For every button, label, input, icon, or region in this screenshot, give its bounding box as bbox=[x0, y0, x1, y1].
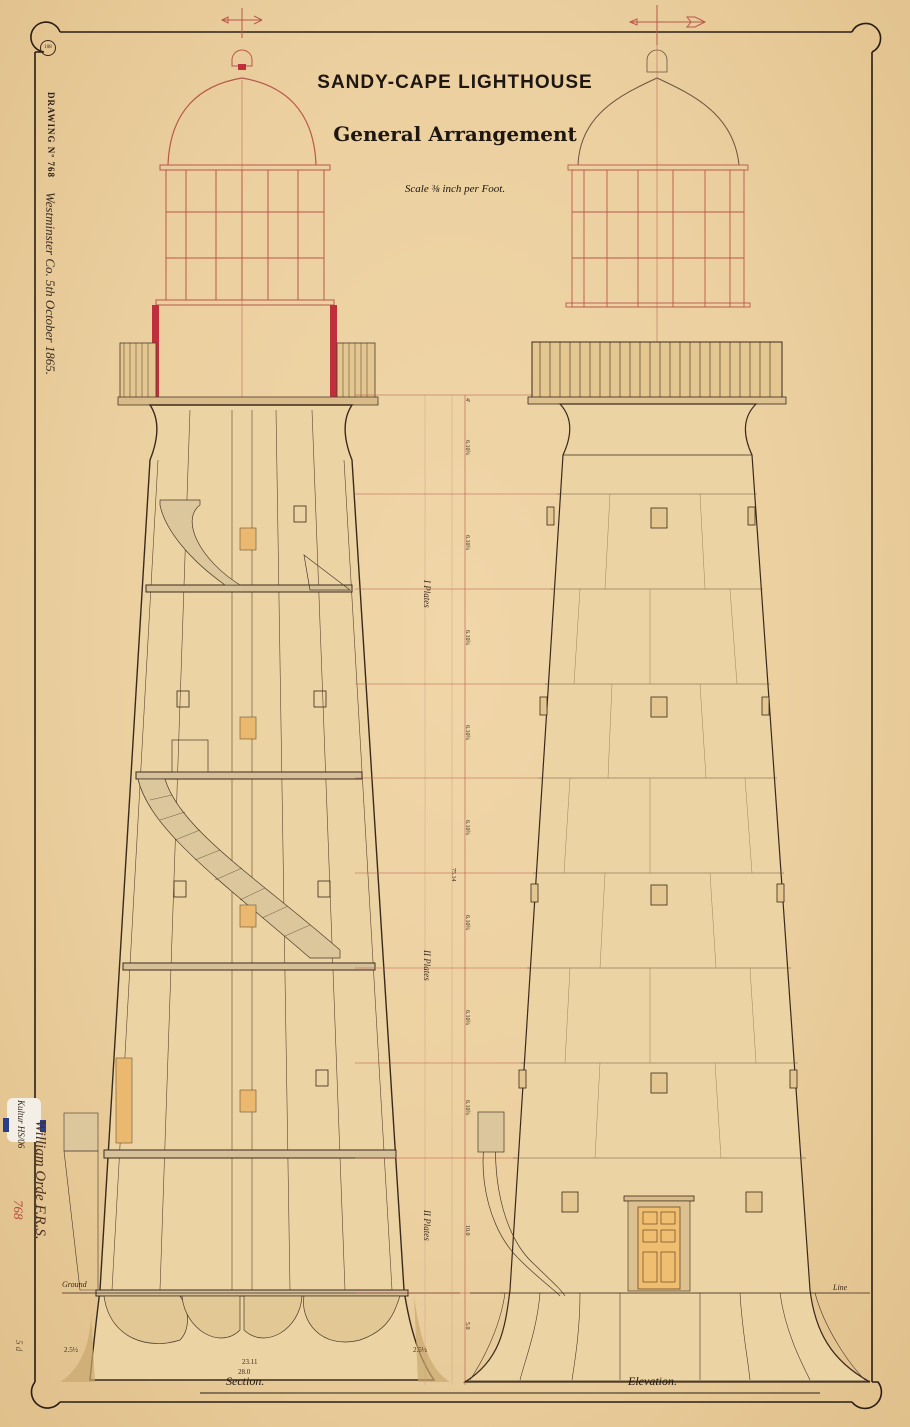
signed-date: Westminster Co. 5th October 1865. bbox=[42, 192, 58, 375]
ground-label: Ground bbox=[62, 1280, 87, 1289]
dimension-value: 6.10¾ bbox=[464, 535, 470, 550]
drawing-scale: Scale ⅜ inch per Foot. bbox=[0, 183, 910, 195]
plates-label: I Plates bbox=[422, 580, 432, 608]
drawing-sheet: 108 SANDY-CAPE LIGHTHOUSE General Arrang… bbox=[0, 0, 910, 1427]
line-label: Line bbox=[833, 1283, 847, 1292]
dimension-value: 10.0 bbox=[464, 1225, 470, 1236]
drawing-number: DRAWING Nº 768 bbox=[46, 92, 56, 178]
base-width: 23.11 bbox=[242, 1358, 258, 1366]
dimension-value: 4' bbox=[464, 398, 470, 402]
door-icon bbox=[624, 1196, 694, 1291]
dimension-value: 6.10¾ bbox=[464, 820, 470, 835]
section-caption: Section. bbox=[226, 1374, 264, 1389]
red-reference-number: 768 bbox=[10, 1200, 26, 1220]
dimension-value: 6.10¾ bbox=[464, 440, 470, 455]
section-view bbox=[60, 8, 460, 1385]
base-offset-right: 2.5½ bbox=[413, 1346, 427, 1354]
sticker-tab bbox=[3, 1118, 9, 1132]
base-offset-left: 2.5½ bbox=[64, 1346, 78, 1354]
drawing-title: SANDY-CAPE LIGHTHOUSE bbox=[0, 72, 910, 94]
elevation-caption: Elevation. bbox=[628, 1374, 677, 1389]
overall-height: 75.14 bbox=[450, 868, 456, 882]
plates-label: II Plates bbox=[422, 950, 432, 981]
lighthouse-drawing bbox=[0, 0, 910, 1427]
dimension-value: 6.10¾ bbox=[464, 915, 470, 930]
dimension-value: 6.10¾ bbox=[464, 725, 470, 740]
dimension-value: 6.10¾ bbox=[464, 630, 470, 645]
sheet-number-badge: 108 bbox=[40, 40, 56, 56]
archive-sticker-text: Kultur HS/06 bbox=[16, 1100, 26, 1148]
plates-label: II Plates bbox=[422, 1210, 432, 1241]
signature: William Orde F.R.S. bbox=[31, 1120, 48, 1240]
elevation-view bbox=[465, 5, 870, 1385]
dimension-value: 6.10¾ bbox=[464, 1100, 470, 1115]
drawing-subtitle: General Arrangement bbox=[0, 122, 910, 146]
corner-note: 5 d bbox=[14, 1340, 24, 1351]
dimension-value: 6.10¾ bbox=[464, 1010, 470, 1025]
dimension-value: 5.0 bbox=[464, 1322, 470, 1330]
